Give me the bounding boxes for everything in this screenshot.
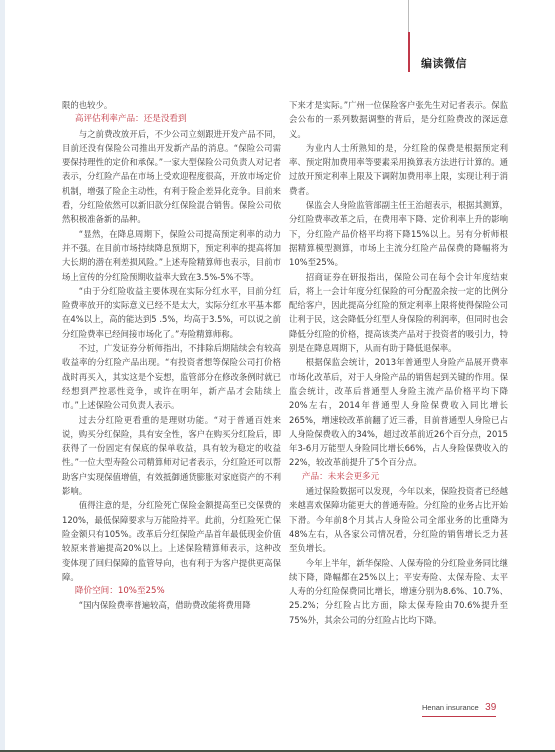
paragraph: 不过，广发证券分析师指出，不排除后期陆续会有较高收益率的分红险产品出现。“有投资… [62,341,281,412]
article-column-left: 限的也较少。 高评估利率产品：还是没看到 与之前费改放开后，不少公司立刻跟进开发… [62,98,281,613]
paragraph: 为业内人士所熟知的是，分红险的保费是根据预定利率、预定附加费用率等要素采用换算表… [289,141,508,198]
article-column-right: 下来才是实际。”广州一位保险客户张先生对记者表示。保监会公布的一系列数据调整的背… [289,98,508,627]
marker-line-grey [408,0,409,32]
paragraph: 根据保监会统计，2013年普通型人身险产品展开费率市场化改革后，对于人身险产品的… [289,355,508,469]
paragraph: 今年上半年，新华保险、人保寿险的分红险业务同比继续下降，降幅都在25%以上；平安… [289,556,508,627]
paragraph: 值得注意的是，分红险死亡保险金额提高至已交保费的120%，最低保障要求与万能险持… [62,498,281,584]
paragraph: 与之前费改放开后，不少公司立刻跟进开发产品不同，目前还没有保险公司推出开发新产品… [62,127,281,227]
page-number: 39 [485,702,496,713]
paragraph: “由于分红险收益主要体现在实际分红水平，目前分红险费率放开的实际意义已经不是太大… [62,284,281,341]
magazine-name: Henan insurance [422,703,479,712]
marker-line-red [408,32,410,72]
paragraph: 下来才是实际。”广州一位保险客户张先生对记者表示。保监会公布的一系列数据调整的背… [289,98,508,141]
page-gutter [0,0,5,752]
subheading: 产品：未来会更多元 [289,470,508,484]
section-marker-bar [408,0,410,72]
paragraph: 招商证券在研报指出，保险公司在每个会计年度结束后，将上一会计年度分红保险的可分配… [289,270,508,356]
paragraph: 保监会人身险监管部副主任王治超表示，根据其测算，分红险费率改革之后，在费用率下降… [289,198,508,269]
paragraph: 过去分红险更看重的是理财功能。“对于普通百姓来说，购买分红保险，具有安全性，客户… [62,413,281,499]
paragraph: 通过保险数据可以发现，今年以来，保险投资者已经越来越喜欢保障功能更大的普通寿险。… [289,484,508,555]
paragraph: 限的也较少。 [62,98,281,112]
paragraph: “显然，在降息周期下，保险公司提高预定利率的动力并不强。在目前市场持续降息预期下… [62,227,281,284]
subheading: 降价空间：10%至25% [62,584,281,598]
page-footer: Henan insurance 39 [422,697,496,717]
subheading: 高评估利率产品：还是没看到 [62,112,281,126]
section-label: 编读微信 [421,55,467,71]
paragraph: “国内保险费率普遍较高，借助费改能将费用降 [62,598,281,612]
